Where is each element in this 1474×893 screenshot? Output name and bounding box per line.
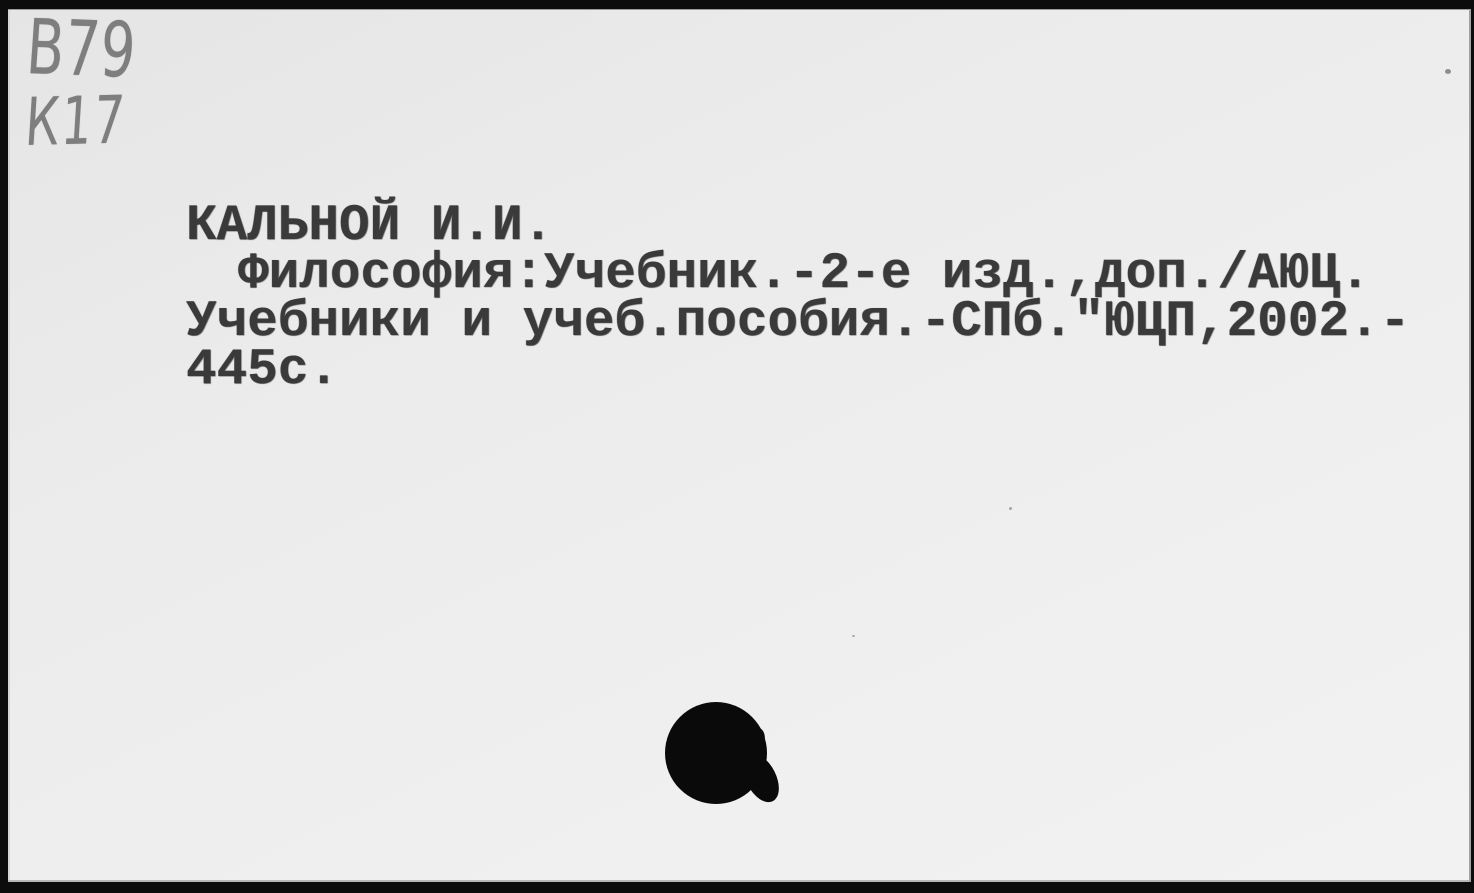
author-line: КАЛЬНОЙ И.И.	[186, 203, 1410, 251]
call-number-author-mark: К17	[23, 82, 129, 161]
library-catalog-card: В79 К17 КАЛЬНОЙ И.И. Философия:Учебник.-…	[8, 9, 1471, 882]
dust-speck	[1009, 507, 1012, 510]
pagination-line: 445с.	[186, 347, 1410, 395]
ink-blot-icon	[658, 695, 798, 823]
scan-frame: В79 К17 КАЛЬНОЙ И.И. Философия:Учебник.-…	[0, 0, 1474, 893]
bibliographic-entry: КАЛЬНОЙ И.И. Философия:Учебник.-2-е изд.…	[186, 203, 1410, 395]
series-publisher-line: Учебники и учеб.пособия.-СПб."ЮЦП,2002.-	[186, 299, 1410, 347]
dust-speck	[1445, 69, 1451, 74]
dust-speck	[852, 635, 855, 637]
title-edition-line: Философия:Учебник.-2-е изд.,доп./АЮЦ.	[186, 251, 1410, 299]
